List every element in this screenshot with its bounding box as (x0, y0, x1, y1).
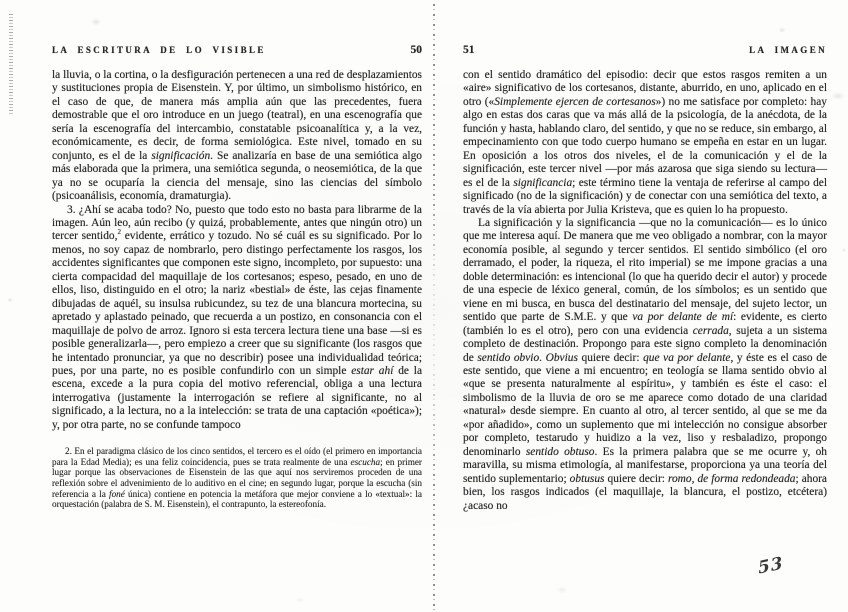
page-number-right: 51 (463, 44, 475, 56)
page-number-left: 50 (411, 44, 423, 56)
body-paragraph: la lluvia, o la cortina, o la desfigurac… (52, 69, 422, 204)
page-gutter-dashes (433, 4, 435, 610)
running-title-left: LA ESCRITURA DE LO VISIBLE (52, 45, 266, 55)
body-paragraph: 3. ¿Ahí se acaba todo? No, puesto que to… (52, 204, 422, 433)
left-page: LA ESCRITURA DE LO VISIBLE 50 la lluvia,… (52, 0, 422, 510)
footnote: 2. En el paradigma clásico de los cinco … (52, 446, 422, 510)
handwritten-page-number: 53 (757, 553, 784, 578)
film-edge-marks (9, 14, 13, 116)
running-title-right: LA IMAGEN (749, 45, 827, 55)
scanned-book-spread: LA ESCRITURA DE LO VISIBLE 50 la lluvia,… (0, 0, 848, 612)
left-page-header: LA ESCRITURA DE LO VISIBLE 50 (52, 0, 422, 56)
left-page-body: la lluvia, o la cortina, o la desfigurac… (52, 69, 422, 432)
body-paragraph: La significación y la significancia —que… (463, 217, 827, 513)
body-paragraph: con el sentido dramático del episodio: d… (463, 69, 827, 217)
right-page: 51 LA IMAGEN con el sentido dramático de… (463, 0, 827, 513)
right-page-body: con el sentido dramático del episodio: d… (463, 69, 827, 513)
right-page-header: 51 LA IMAGEN (463, 0, 827, 56)
